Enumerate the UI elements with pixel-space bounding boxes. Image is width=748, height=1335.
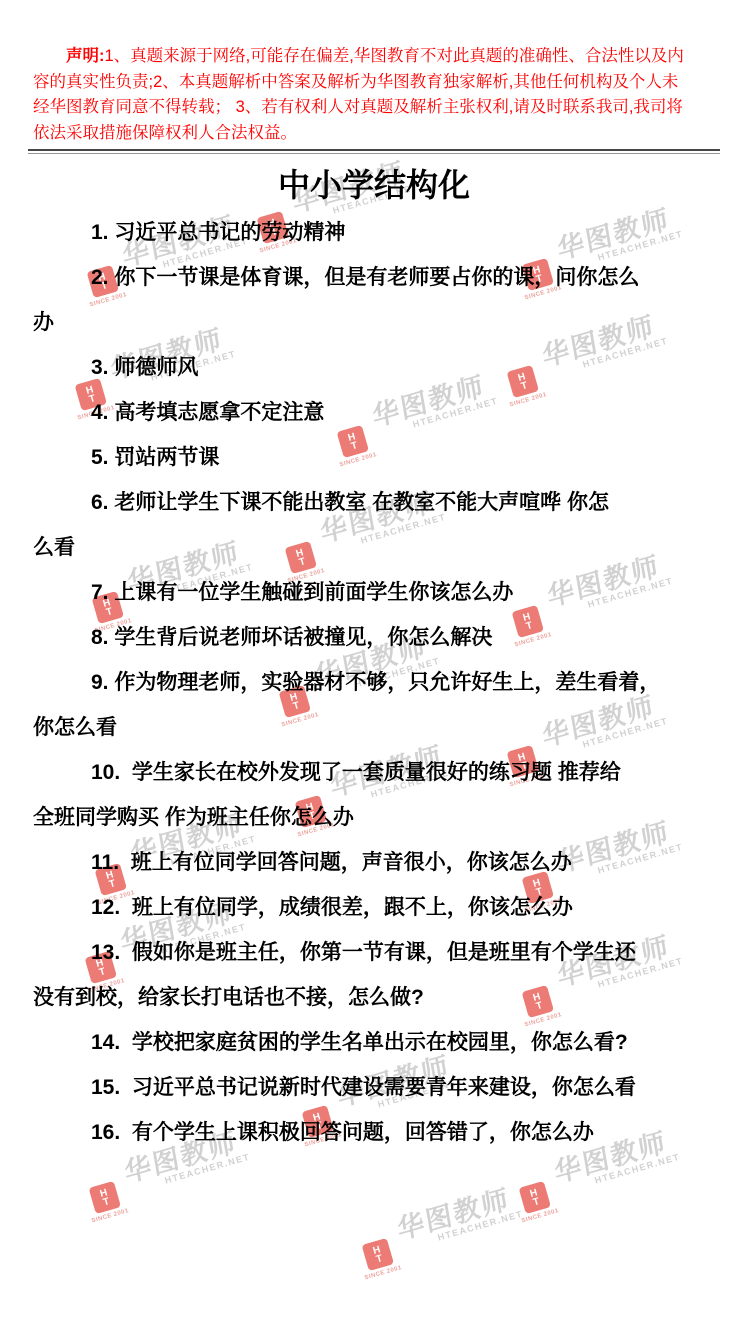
document-page: 声明:1、真题来源于网络,可能存在偏差,华图教育不对此真题的准确性、合法性以及内… xyxy=(0,0,748,1155)
watermark: H T SINCE 2001 华图教师 HTEACHER.NET xyxy=(351,1183,529,1282)
question-item: 12. 班上有位同学，成绩很差，跟不上，你该怎么办 xyxy=(33,885,728,930)
since-label: SINCE 2001 xyxy=(91,1208,130,1224)
watermark-logo-block: H T SINCE 2001 xyxy=(513,1179,560,1224)
question-item: 7. 上课有一位学生触碰到前面学生你该怎么办 xyxy=(33,570,728,615)
watermark-logo-block: H T SINCE 2001 xyxy=(83,1179,130,1224)
horizontal-rule xyxy=(28,149,720,154)
question-list: 1. 习近平总书记的劳动精神 2. 你下一节课是体育课，但是有老师要占你的课，问… xyxy=(33,210,728,1155)
question-item: 9. 作为物理老师，实验器材不够，只允许好生上，差生看着， 你怎么看 xyxy=(33,660,728,750)
question-item: 13. 假如你是班主任，你第一节有课，但是班里有个学生还 没有到校，给家长打电话… xyxy=(33,930,728,1020)
huatu-logo-icon: H T xyxy=(362,1238,394,1271)
domain-label: HTEACHER.NET xyxy=(436,1209,524,1243)
huatu-logo-icon: H T xyxy=(519,1181,551,1214)
question-item: 3. 师德师风 xyxy=(33,345,728,390)
question-item: 11. 班上有位同学回答问题，声音很小，你该怎么办 xyxy=(33,840,728,885)
disclaimer-label: 声明: xyxy=(66,47,105,65)
question-item: 15. 习近平总书记说新时代建设需要青年来建设，你怎么看 xyxy=(33,1065,728,1110)
question-item: 6. 老师让学生下课不能出教室 在教室不能大声喧哗 你怎 么看 xyxy=(33,480,728,570)
question-item: 10. 学生家长在校外发现了一套质量很好的练习题 推荐给 全班同学购买 作为班主… xyxy=(33,750,728,840)
watermark-logo-block: H T SINCE 2001 xyxy=(356,1236,403,1281)
disclaimer-paragraph: 声明:1、真题来源于网络,可能存在偏差,华图教育不对此真题的准确性、合法性以及内… xyxy=(33,0,728,146)
domain-label: HTEACHER.NET xyxy=(593,1152,681,1186)
since-label: SINCE 2001 xyxy=(364,1265,403,1281)
question-item: 16. 有个学生上课积极回答问题，回答错了，你怎么办 xyxy=(33,1110,728,1155)
question-item: 14. 学校把家庭贫困的学生名单出示在校园里，你怎么看? xyxy=(33,1020,728,1065)
watermark-text-block: 华图教师 HTEACHER.NET xyxy=(394,1183,524,1253)
question-item: 8. 学生背后说老师坏话被撞见，你怎么解决 xyxy=(33,615,728,660)
question-item: 5. 罚站两节课 xyxy=(33,435,728,480)
huatu-logo-icon: H T xyxy=(89,1181,121,1214)
question-item: 4. 高考填志愿拿不定注意 xyxy=(33,390,728,435)
disclaimer-text: 1、真题来源于网络,可能存在偏差,华图教育不对此真题的准确性、合法性以及内 容的… xyxy=(33,47,684,142)
page-title: 中小学结构化 xyxy=(0,162,748,208)
question-item: 1. 习近平总书记的劳动精神 xyxy=(33,210,728,255)
since-label: SINCE 2001 xyxy=(521,1208,560,1224)
question-item: 2. 你下一节课是体育课，但是有老师要占你的课，问你怎么 办 xyxy=(33,255,728,345)
domain-label: HTEACHER.NET xyxy=(163,1152,251,1186)
brand-label: 华图教师 xyxy=(396,1182,521,1244)
